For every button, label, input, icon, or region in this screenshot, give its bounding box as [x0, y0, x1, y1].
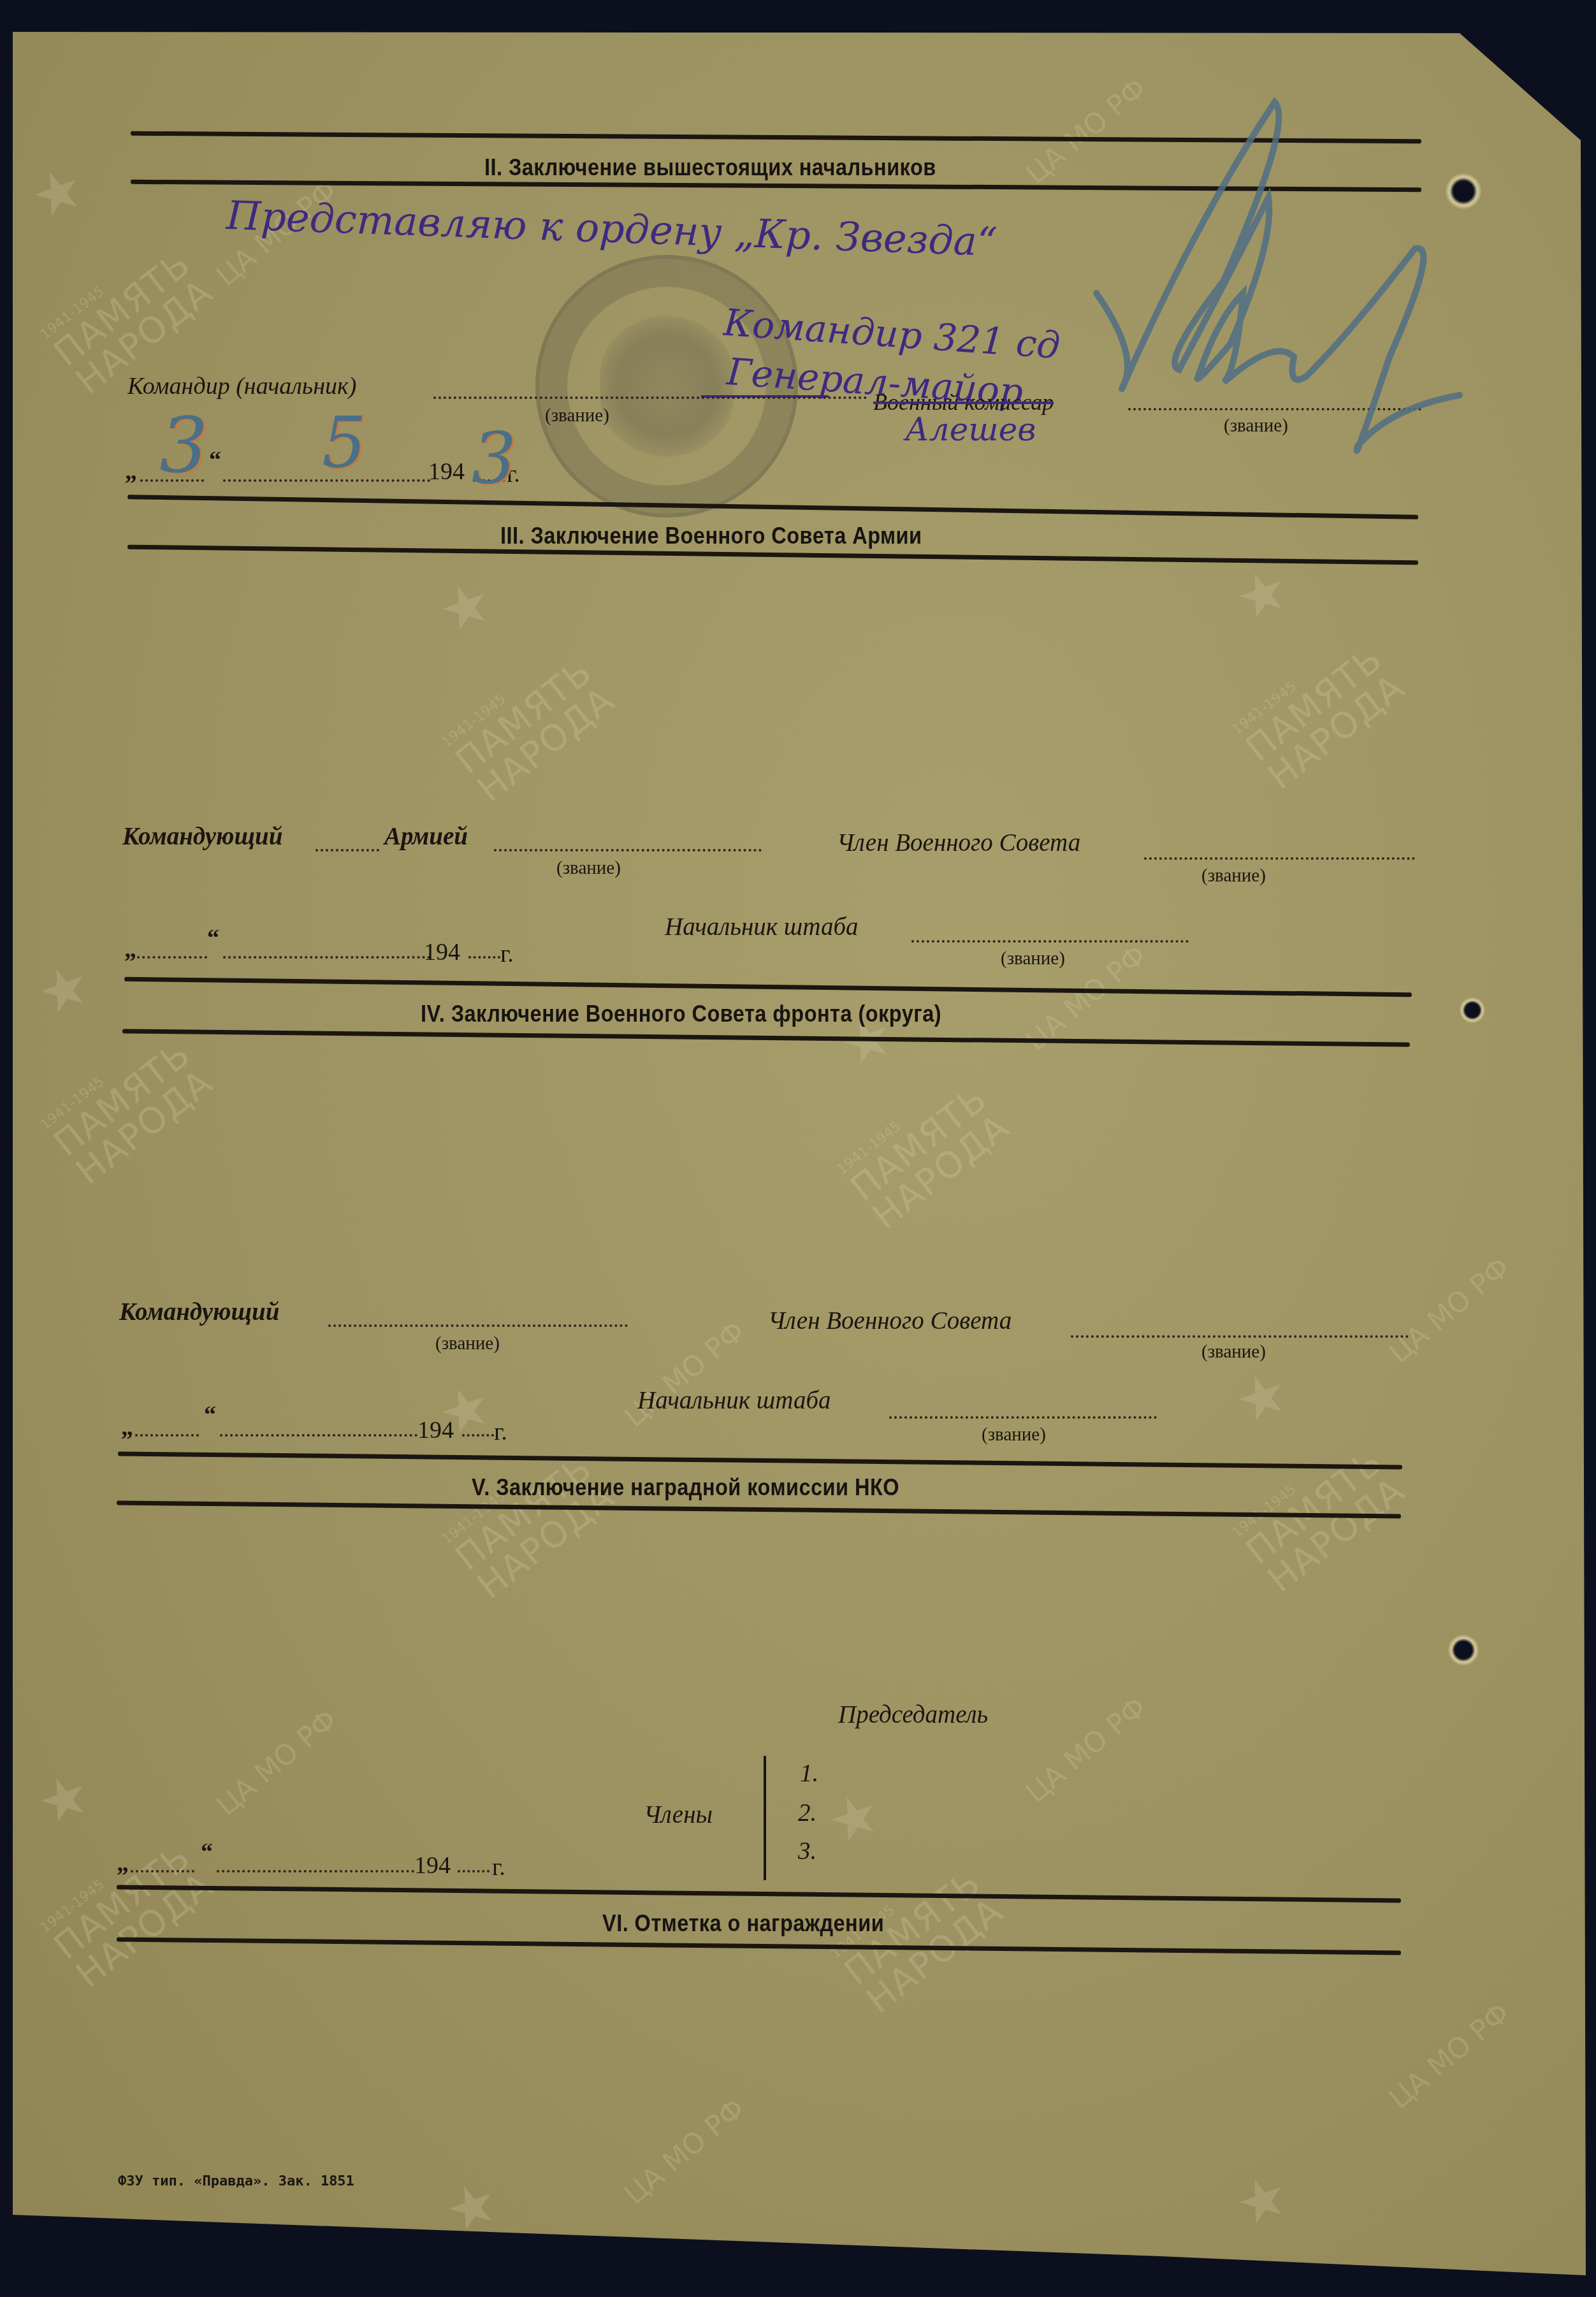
council-member-rank-field[interactable] [1071, 1335, 1409, 1338]
army-commander-dots[interactable] [316, 849, 379, 851]
rank-caption: (звание) [982, 1424, 1046, 1446]
date-month-field[interactable] [217, 1870, 414, 1873]
members-label: Члены [644, 1801, 713, 1829]
date-suffix: г. [492, 1853, 505, 1881]
date-quote-open: „ [125, 458, 137, 486]
section-3-title: III. Заключение Военного Совета Армии [500, 523, 922, 549]
date-year-field[interactable] [458, 1870, 490, 1873]
date-year-field[interactable] [462, 1434, 494, 1437]
chief-of-staff-label: Начальник штаба [665, 913, 859, 941]
date-quote-open: „ [124, 936, 136, 964]
army-label: Армией [384, 822, 468, 851]
section-6-title: VI. Отметка о награждении [602, 1910, 884, 1937]
date-quote-open: „ [117, 1850, 129, 1878]
date-quote-open: „ [121, 1414, 133, 1442]
date-day-field[interactable] [137, 956, 207, 959]
handwritten-name: Алешев [905, 411, 1036, 448]
army-commander-label: Командующий [122, 822, 282, 851]
section-2-title: II. Заключение вышестоящих начальников [484, 154, 936, 181]
members-brace [764, 1756, 770, 1880]
council-member-label: Член Военного Совета [768, 1307, 1012, 1335]
date-month-field[interactable] [220, 1434, 417, 1437]
army-commander-rank-field[interactable] [494, 849, 762, 851]
blue-signature [1084, 89, 1466, 535]
chief-of-staff-label: Начальник штаба [637, 1386, 831, 1415]
chairman-label: Председатель [838, 1700, 988, 1729]
rank-caption: (звание) [1001, 948, 1065, 969]
date-day-field[interactable] [131, 1870, 194, 1873]
date-year-prefix: 194 [428, 458, 465, 486]
date-quote-close: “ [201, 1838, 213, 1866]
handwritten-date-year: 3 [472, 417, 516, 499]
date-day-field[interactable] [135, 1434, 199, 1437]
council-member-label: Член Военного Совета [837, 829, 1080, 857]
date-quote-close: “ [207, 924, 219, 952]
rank-caption: (звание) [556, 858, 621, 879]
date-year-prefix: 194 [414, 1851, 451, 1880]
date-suffix: г. [500, 940, 514, 968]
front-commander-rank-field[interactable] [328, 1324, 628, 1327]
date-suffix: г. [494, 1418, 507, 1446]
rank-caption: (звание) [1201, 866, 1266, 887]
date-year-field[interactable] [468, 956, 500, 959]
handwritten-date-month: 5 [322, 402, 366, 483]
date-quote-close: “ [204, 1401, 216, 1429]
rank-caption: (звание) [1201, 1342, 1266, 1363]
date-year-prefix: 194 [424, 938, 460, 966]
section-4-title: IV. Заключение Военного Совета фронта (о… [421, 1001, 941, 1027]
punch-hole-middle [1460, 997, 1485, 1023]
member-2-number: 2. [798, 1799, 816, 1827]
printer-note: ФЗУ тип. «Правда». Зак. 1851 [118, 2173, 354, 2189]
front-commander-label: Командующий [119, 1298, 279, 1326]
date-year-prefix: 194 [417, 1416, 454, 1444]
date-quote-close: “ [209, 446, 221, 474]
chief-of-staff-rank-field[interactable] [889, 1416, 1157, 1419]
chief-of-staff-rank-field[interactable] [911, 940, 1189, 943]
coat-of-arms-icon [600, 313, 734, 460]
punch-hole-bottom [1448, 1635, 1479, 1665]
date-month-field[interactable] [223, 956, 430, 959]
rank-caption: (звание) [545, 405, 609, 426]
council-member-rank-field[interactable] [1144, 857, 1415, 860]
commander-rank-field[interactable] [433, 396, 867, 399]
handwritten-date-day: 3 [159, 402, 208, 490]
rank-caption: (звание) [435, 1333, 500, 1354]
member-3-number: 3. [798, 1837, 816, 1866]
commander-label: Командир (начальник) [127, 372, 356, 400]
section-5-title: V. Заключение наградной комиссии НКО [472, 1474, 899, 1501]
member-1-number: 1. [800, 1759, 818, 1788]
